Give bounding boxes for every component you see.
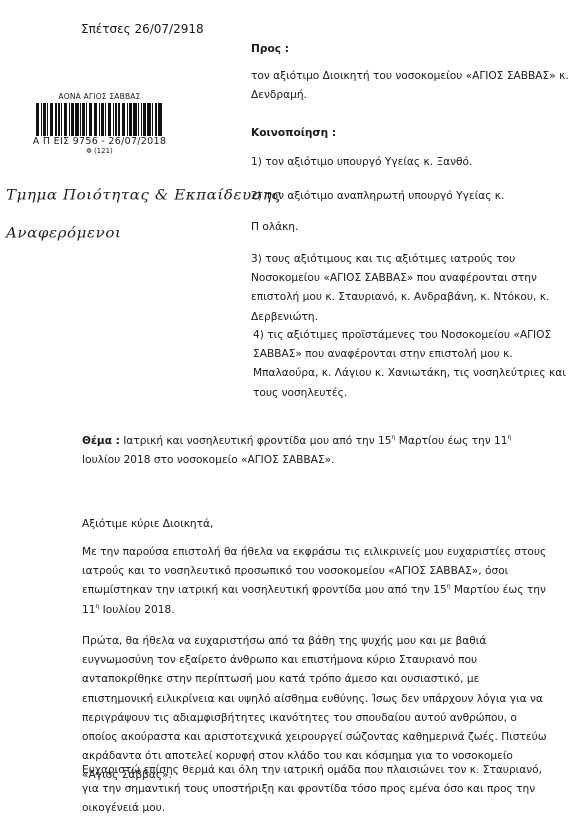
handwritten-note-referred: Αναφερόμενοι [6, 224, 122, 241]
stamp-file-code: Φ (121) [28, 147, 171, 156]
protocol-stamp: ΑΟΝΑ ΑΓΙΟΣ ΣΑΒΒΑΣ Α Π ΕΙΣ 9756 - 26/07/2… [28, 92, 171, 156]
handwritten-note-department: Τμημα Ποιότητας & Εκπαίδευσης [6, 186, 281, 203]
cc-item: 2) τον αξιότιμο αναπληρωτή υπουργό Υγεία… [251, 187, 576, 206]
salutation: Αξιότιμε κύριε Διοικητά, [82, 515, 552, 534]
cc-item: Π ολάκη. [251, 218, 576, 237]
subject-label: Θέμα : [82, 435, 120, 447]
cc-item: 1) τον αξιότιμο υπουργό Υγείας κ. Ξανθό. [251, 153, 576, 172]
to-text: τον αξιότιμο Διοικητή του νοσοκομείου «Α… [251, 67, 576, 105]
cc-label: Κοινοποίηση : [251, 124, 576, 143]
place-date: Σπέτσες 26/07/2918 [81, 22, 204, 36]
paragraph-3: Ευχαριστώ επίσης θερμά και όλη την ιατρι… [82, 761, 552, 819]
stamp-protocol-number: Α Π ΕΙΣ 9756 - 26/07/2018 [28, 137, 171, 147]
cc-item: 4) τις αξιότιμες προϊστάμενες του Νοσοκο… [253, 326, 578, 403]
paragraph-1: Με την παρούσα επιστολή θα ήθελα να εκφρ… [82, 543, 552, 620]
subject-text: Ιατρική και νοσηλευτική φροντίδα μου από… [82, 435, 511, 466]
barcode [28, 103, 171, 136]
stamp-title: ΑΟΝΑ ΑΓΙΟΣ ΣΑΒΒΑΣ [28, 92, 171, 101]
subject-line: Θέμα : Ιατρική και νοσηλευτική φροντίδα … [82, 432, 552, 470]
to-label: Προς : [251, 40, 576, 59]
cc-item: 3) τους αξιότιμους και τις αξιότιμες ιατ… [251, 250, 576, 327]
